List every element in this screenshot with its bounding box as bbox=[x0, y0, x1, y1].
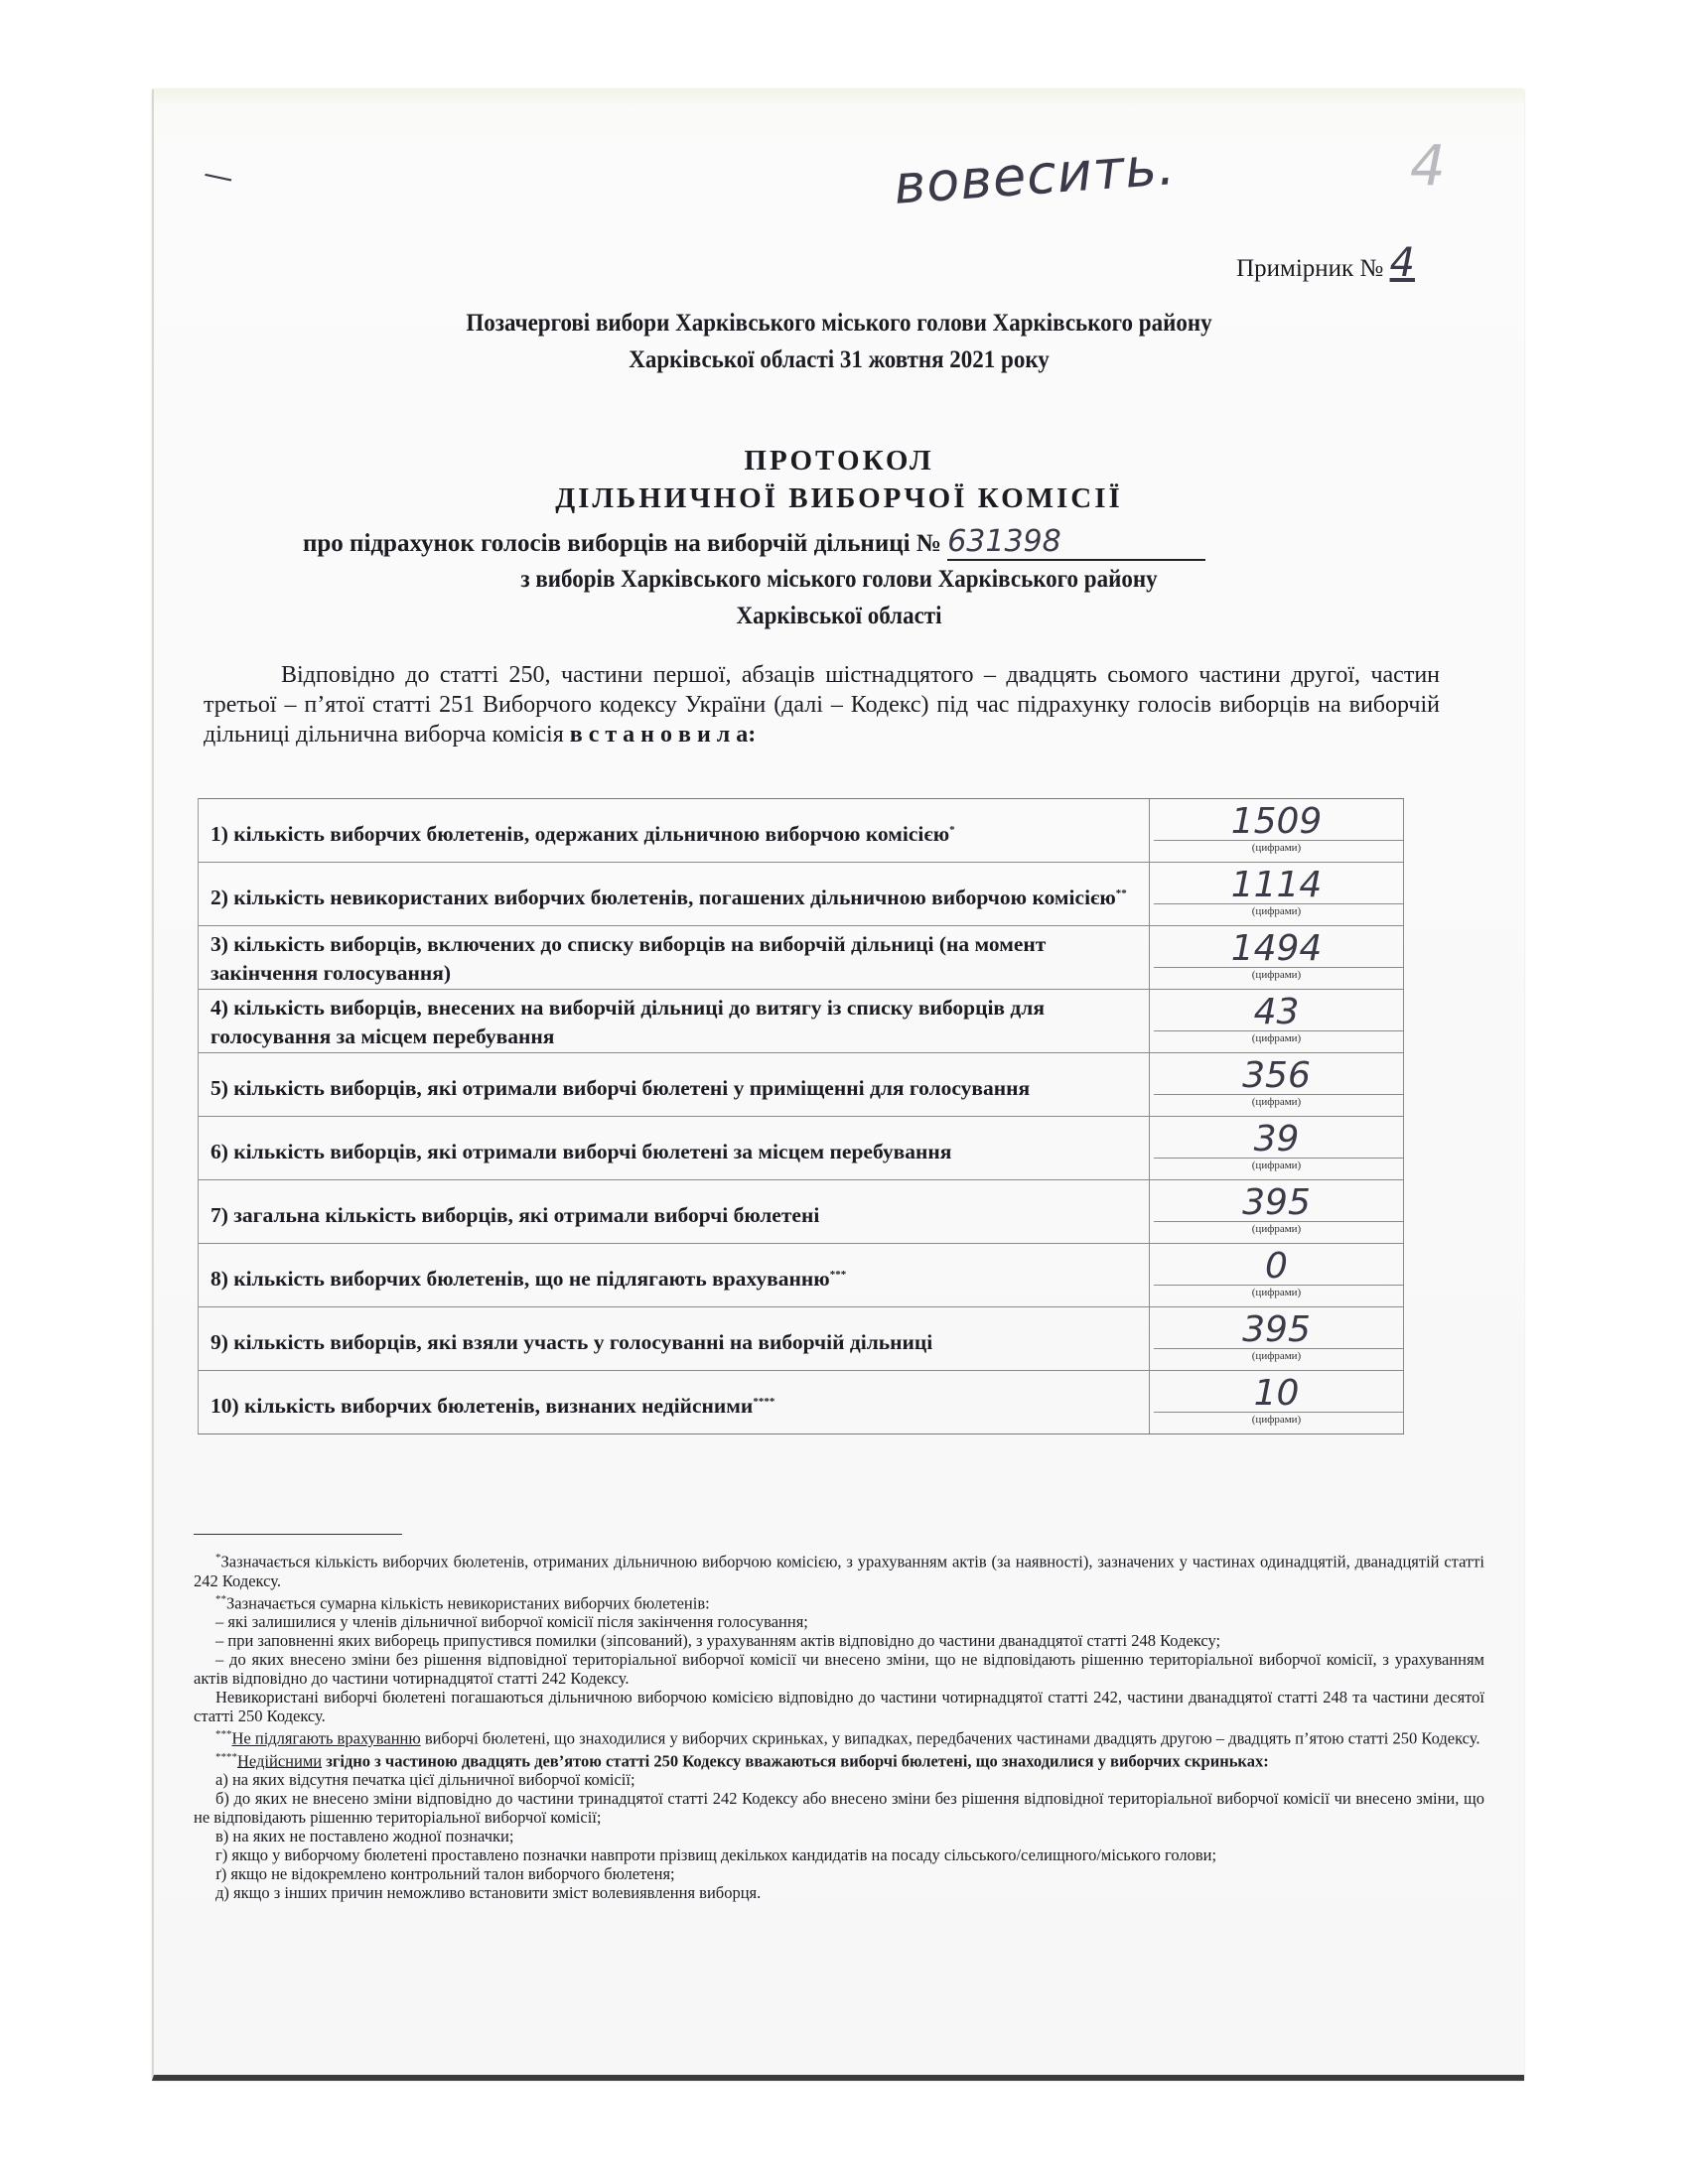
footnotes: *Зазначається кількість виборчих бюлетен… bbox=[194, 1549, 1484, 1902]
copy-number: 4 bbox=[1390, 240, 1415, 286]
handwritten-margin-mark: — bbox=[201, 156, 237, 196]
value-underline bbox=[1154, 1348, 1403, 1349]
footnote-mark: *** bbox=[215, 1728, 232, 1740]
footnote-4: згідно з частиною двадцять дев’ятою стат… bbox=[322, 1751, 1269, 1770]
footnote-4-item: а) на яких відсутня печатка цієї дільнич… bbox=[194, 1770, 1484, 1789]
row-label: 4) кількість виборців, внесених на вибор… bbox=[199, 990, 1150, 1052]
footnote-2-b: – при заповненні яких виборець припустив… bbox=[194, 1631, 1484, 1650]
value-underline bbox=[1154, 903, 1403, 904]
footnote-divider bbox=[194, 1534, 402, 1535]
row-value: 43 bbox=[1150, 992, 1403, 1032]
election-subtitle: з виборів Харківського міського голови Х… bbox=[209, 566, 1470, 594]
row-value: 10 bbox=[1150, 1373, 1403, 1414]
row-value: 39 bbox=[1150, 1119, 1403, 1160]
value-caption: (цифрами) bbox=[1150, 1223, 1403, 1235]
table-row: 2) кількість невикористаних виборчих бюл… bbox=[199, 863, 1404, 926]
value-caption: (цифрами) bbox=[1150, 842, 1403, 854]
value-caption: (цифрами) bbox=[1150, 1032, 1403, 1044]
value-caption: (цифрами) bbox=[1150, 905, 1403, 917]
footnote-mark: ** bbox=[1116, 887, 1127, 899]
footnote-2-a: – які залишилися у членів дільничної виб… bbox=[194, 1612, 1484, 1631]
footnote-4-item: г) якщо у виборчому бюлетені проставлено… bbox=[194, 1845, 1484, 1864]
footnote-mark: **** bbox=[753, 1396, 774, 1408]
row-value-cell: 1494(цифрами) bbox=[1150, 926, 1404, 989]
row-label-text: 2) кількість невикористаних виборчих бюл… bbox=[211, 886, 1116, 909]
row-label-text: 8) кількість виборчих бюлетенів, що не п… bbox=[211, 1267, 830, 1291]
precinct-line: про підрахунок голосів виборців на вибор… bbox=[303, 524, 1205, 561]
footnote-1: Зазначається кількість виборчих бюлетені… bbox=[194, 1553, 1484, 1590]
row-label: 10) кількість виборчих бюлетенів, визнан… bbox=[199, 1371, 1150, 1433]
value-underline bbox=[1154, 1285, 1403, 1286]
table-row: 1) кількість виборчих бюлетенів, одержан… bbox=[199, 799, 1404, 863]
value-caption: (цифрами) bbox=[1150, 1160, 1403, 1171]
row-value: 1114 bbox=[1150, 865, 1403, 905]
row-label-text: 1) кількість виборчих бюлетенів, одержан… bbox=[211, 822, 949, 846]
protocol-title: ПРОТОКОЛ bbox=[154, 445, 1524, 478]
election-header-line-1: Позачергові вибори Харківського міського… bbox=[209, 310, 1470, 338]
row-label-text: 10) кількість виборчих бюлетенів, визнан… bbox=[211, 1394, 753, 1418]
precinct-prefix: про підрахунок голосів виборців на вибор… bbox=[303, 530, 941, 557]
row-label: 7) загальна кількість виборців, які отри… bbox=[199, 1180, 1150, 1243]
row-value-cell: 43(цифрами) bbox=[1150, 990, 1404, 1052]
intro-emphasis: в с т а н о в и л а: bbox=[570, 722, 756, 748]
value-underline bbox=[1154, 1412, 1403, 1413]
handwritten-copy-mark: 4 bbox=[1410, 134, 1446, 199]
value-underline bbox=[1154, 1094, 1403, 1095]
protocol-page: — вовесить. 4 Примірник № 4 Позачергові … bbox=[152, 89, 1524, 2081]
value-caption: (цифрами) bbox=[1150, 1287, 1403, 1298]
row-value-cell: 0(цифрами) bbox=[1150, 1244, 1404, 1306]
row-label: 8) кількість виборчих бюлетенів, що не п… bbox=[199, 1244, 1150, 1306]
table-row: 6) кількість виборців, які отримали вибо… bbox=[199, 1117, 1404, 1180]
value-underline bbox=[1154, 840, 1403, 841]
results-table: 1) кількість виборчих бюлетенів, одержан… bbox=[198, 798, 1404, 1434]
footnote-2-c: – до яких внесено зміни без рішення відп… bbox=[194, 1650, 1484, 1688]
value-caption: (цифрами) bbox=[1150, 1350, 1403, 1362]
row-label: 1) кількість виборчих бюлетенів, одержан… bbox=[199, 799, 1150, 862]
footnote-4-item: ґ) якщо не відокремлено контрольний тало… bbox=[194, 1864, 1484, 1883]
row-label-text: 3) кількість виборців, включених до спис… bbox=[211, 932, 1046, 985]
footnote-3: виборчі бюлетені, що знаходилися у вибор… bbox=[421, 1729, 1480, 1748]
footnote-2-d: Невикористані виборчі бюлетені погашають… bbox=[194, 1688, 1484, 1725]
value-underline bbox=[1154, 967, 1403, 968]
table-row: 9) кількість виборців, які взяли участь … bbox=[199, 1307, 1404, 1371]
table-row: 7) загальна кількість виборців, які отри… bbox=[199, 1180, 1404, 1244]
value-underline bbox=[1154, 1158, 1403, 1159]
footnote-4-item: б) до яких не внесено зміни відповідно д… bbox=[194, 1789, 1484, 1827]
row-value: 395 bbox=[1150, 1309, 1403, 1350]
table-row: 10) кількість виборчих бюлетенів, визнан… bbox=[199, 1371, 1404, 1433]
intro-paragraph: Відповідно до статті 250, частини першої… bbox=[204, 660, 1440, 750]
footnote-4-items: а) на яких відсутня печатка цієї дільнич… bbox=[194, 1770, 1484, 1902]
row-value-cell: 39(цифрами) bbox=[1150, 1117, 1404, 1179]
row-label-text: 4) кількість виборців, внесених на вибор… bbox=[211, 996, 1045, 1048]
row-label: 3) кількість виборців, включених до спис… bbox=[199, 926, 1150, 989]
row-value: 1509 bbox=[1150, 801, 1403, 842]
row-label-text: 6) кількість виборців, які отримали вибо… bbox=[211, 1140, 951, 1163]
row-label-text: 9) кількість виборців, які взяли участь … bbox=[211, 1330, 932, 1354]
intro-text: Відповідно до статті 250, частини першої… bbox=[204, 662, 1440, 748]
row-value: 0 bbox=[1150, 1246, 1403, 1287]
election-header-line-2: Харківської області 31 жовтня 2021 року bbox=[209, 346, 1470, 374]
region-subtitle: Харківської області bbox=[209, 603, 1470, 630]
row-value-cell: 1509(цифрами) bbox=[1150, 799, 1404, 862]
row-value-cell: 1114(цифрами) bbox=[1150, 863, 1404, 925]
copy-label: Примірник № bbox=[1236, 255, 1383, 282]
footnote-2: Зазначається сумарна кількість невикорис… bbox=[226, 1593, 710, 1612]
row-value: 356 bbox=[1150, 1055, 1403, 1096]
footnote-4-item: в) на яких не поставлено жодної позначки… bbox=[194, 1827, 1484, 1845]
value-caption: (цифрами) bbox=[1150, 1096, 1403, 1108]
precinct-number: 631398 bbox=[947, 524, 1205, 561]
row-value: 395 bbox=[1150, 1182, 1403, 1223]
footnote-mark: **** bbox=[215, 1751, 237, 1763]
row-value-cell: 10(цифрами) bbox=[1150, 1371, 1404, 1433]
row-value-cell: 395(цифрами) bbox=[1150, 1180, 1404, 1243]
copy-number-line: Примірник № 4 bbox=[1236, 240, 1415, 286]
value-underline bbox=[1154, 1221, 1403, 1222]
table-row: 8) кількість виборчих бюлетенів, що не п… bbox=[199, 1244, 1404, 1307]
table-row: 3) кількість виборців, включених до спис… bbox=[199, 926, 1404, 990]
row-value: 1494 bbox=[1150, 928, 1403, 969]
footnote-mark: *** bbox=[830, 1269, 847, 1281]
value-underline bbox=[1154, 1030, 1403, 1031]
footnote-4-item: д) якщо з інших причин неможливо встанов… bbox=[194, 1883, 1484, 1902]
footnote-4-term: Недійсними bbox=[237, 1751, 322, 1770]
row-label: 2) кількість невикористаних виборчих бюл… bbox=[199, 863, 1150, 925]
row-label-text: 7) загальна кількість виборців, які отри… bbox=[211, 1203, 819, 1227]
table-row: 4) кількість виборців, внесених на вибор… bbox=[199, 990, 1404, 1053]
row-label-text: 5) кількість виборців, які отримали вибо… bbox=[211, 1076, 1030, 1100]
row-label: 6) кількість виборців, які отримали вибо… bbox=[199, 1117, 1150, 1179]
footnote-3-term: Не підлягають врахуванню bbox=[232, 1729, 421, 1748]
value-caption: (цифрами) bbox=[1150, 1414, 1403, 1426]
handwritten-note: вовесить. bbox=[892, 134, 1178, 216]
value-caption: (цифрами) bbox=[1150, 969, 1403, 981]
commission-title: ДІЛЬНИЧНОЇ ВИБОРЧОЇ КОМІСІЇ bbox=[154, 482, 1524, 515]
row-value-cell: 395(цифрами) bbox=[1150, 1307, 1404, 1370]
footnote-mark: * bbox=[949, 824, 955, 836]
row-label: 5) кількість виборців, які отримали вибо… bbox=[199, 1053, 1150, 1116]
table-row: 5) кількість виборців, які отримали вибо… bbox=[199, 1053, 1404, 1117]
row-value-cell: 356(цифрами) bbox=[1150, 1053, 1404, 1116]
row-label: 9) кількість виборців, які взяли участь … bbox=[199, 1307, 1150, 1370]
footnote-mark: ** bbox=[215, 1593, 226, 1605]
